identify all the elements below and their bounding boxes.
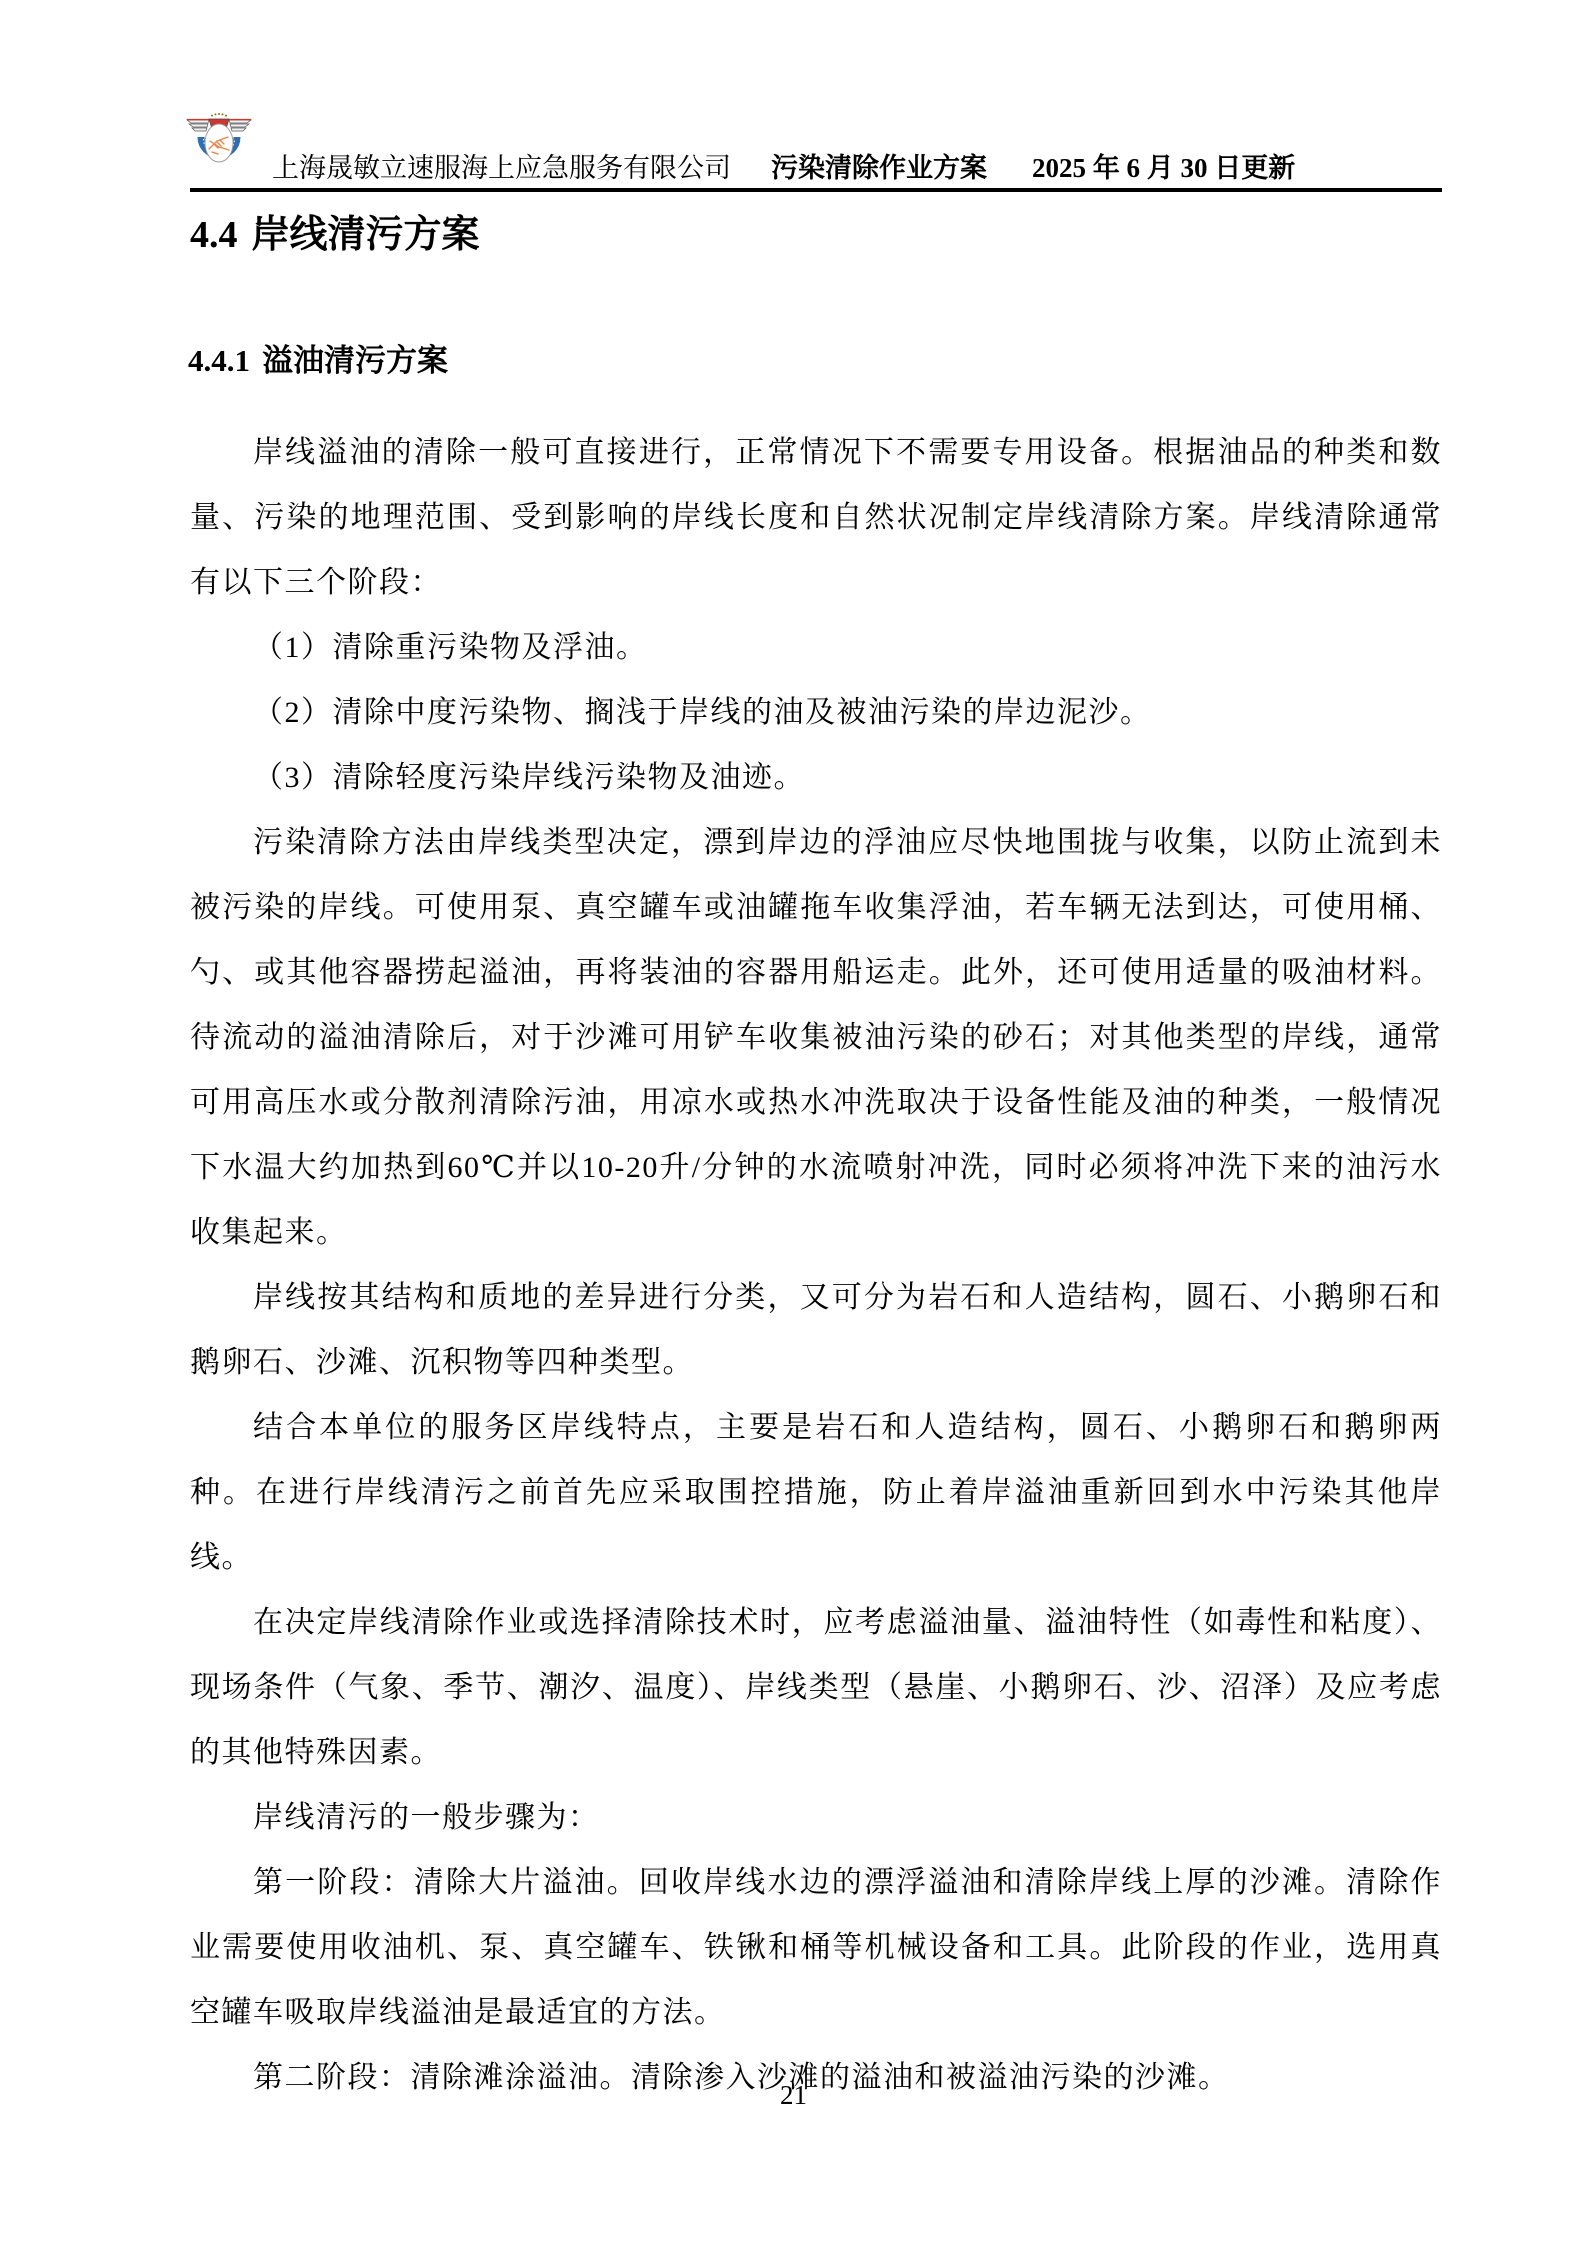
list-item: （2）清除中度污染物、搁浅于岸线的油及被油污染的岸边泥沙。 [190, 680, 1442, 745]
document-body: 岸线溢油的清除一般可直接进行，正常情况下不需要专用设备。根据油品的种类和数量、污… [190, 420, 1442, 2110]
body-paragraph: 岸线溢油的清除一般可直接进行，正常情况下不需要专用设备。根据油品的种类和数量、污… [190, 420, 1442, 615]
body-paragraph: 岸线清污的一般步骤为： [190, 1785, 1442, 1850]
header-doc-title: 污染清除作业方案 [771, 152, 987, 184]
body-paragraph: 在决定岸线清除作业或选择清除技术时，应考虑溢油量、溢油特性（如毒性和粘度）、现场… [190, 1590, 1442, 1785]
section-number: 4.4 [190, 214, 238, 256]
body-paragraph: 岸线按其结构和质地的差异进行分类，又可分为岩石和人造结构，圆石、小鹅卵石和鹅卵石… [190, 1265, 1442, 1395]
body-paragraph: 第一阶段：清除大片溢油。回收岸线水边的漂浮溢油和清除岸线上厚的沙滩。清除作业需要… [190, 1850, 1442, 2045]
subsection-title: 溢油清污方案 [262, 343, 448, 378]
section-title: 岸线清污方案 [252, 214, 480, 256]
list-item: （3）清除轻度污染岸线污染物及油迹。 [190, 745, 1442, 810]
section-heading: 4.4岸线清污方案 [190, 210, 1442, 260]
header-update-date: 2025 年 6 月 30 日更新 [1032, 152, 1295, 184]
subsection-number: 4.4.1 [188, 343, 250, 378]
page-number: 21 [0, 2080, 1587, 2111]
company-logo-icon [185, 110, 253, 170]
document-page: 上海晟敏立速服海上应急服务有限公司 污染清除作业方案 2025 年 6 月 30… [0, 0, 1587, 2245]
body-paragraph: 结合本单位的服务区岸线特点，主要是岩石和人造结构，圆石、小鹅卵石和鹅卵两种。在进… [190, 1395, 1442, 1590]
list-item: （1）清除重污染物及浮油。 [190, 615, 1442, 680]
header-rule [190, 188, 1442, 192]
header-company-name: 上海晟敏立速服海上应急服务有限公司 [272, 152, 731, 184]
body-paragraph: 污染清除方法由岸线类型决定，漂到岸边的浮油应尽快地围拢与收集，以防止流到未被污染… [190, 810, 1442, 1265]
subsection-heading: 4.4.1溢油清污方案 [188, 340, 1440, 382]
